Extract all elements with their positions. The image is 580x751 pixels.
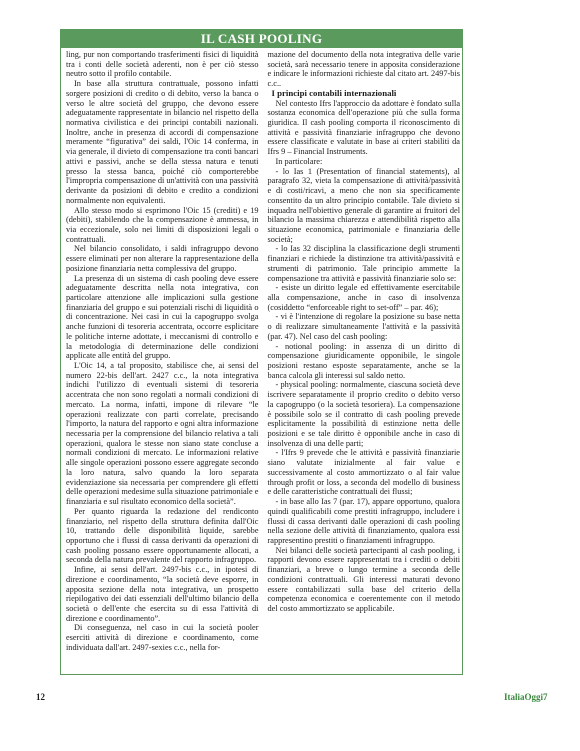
paragraph: - esiste un diritto legale ed effettivam…	[268, 283, 461, 312]
paragraph: L'Oic 14, a tal proposito, stabilisce ch…	[66, 361, 259, 507]
publication-logo: ItaliaOggi7	[504, 692, 548, 702]
paragraph: Nei bilanci delle società partecipanti a…	[268, 546, 461, 614]
paragraph: - in base allo Ias 7 (par. 17), appare o…	[268, 497, 461, 546]
text-column-left: ling, pur non comportando trasferimenti …	[66, 50, 259, 672]
paragraph: La presenza di un sistema di cash poolin…	[66, 274, 259, 361]
paragraph: - lo Ias 1 (Presentation of financial st…	[268, 167, 461, 245]
paragraph: Allo stesso modo si esprimono l'Oic 15 (…	[66, 206, 259, 245]
paragraph: mazione del documento della nota integra…	[268, 50, 461, 89]
paragraph: In base alla struttura contrattuale, pos…	[66, 79, 259, 205]
paragraph: Di conseguenza, nel caso in cui la socie…	[66, 623, 259, 652]
section-heading: I principi contabili internazionali	[268, 89, 461, 99]
paragraph: Nel bilancio consolidato, i saldi infrag…	[66, 244, 259, 273]
paragraph: - l'Ifrs 9 prevede che le attività e pas…	[268, 448, 461, 497]
text-column-right: mazione del documento della nota integra…	[268, 50, 461, 672]
paragraph: In particolare:	[268, 157, 461, 167]
paragraph: ling, pur non comportando trasferimenti …	[66, 50, 259, 79]
page-number: 12	[36, 692, 45, 702]
paragraph: - vi è l'intenzione di regolare la posiz…	[268, 312, 461, 341]
section-title: IL CASH POOLING	[60, 29, 463, 48]
paragraph: - physical pooling: normalmente, ciascun…	[268, 380, 461, 448]
paragraph: - lo Ias 32 disciplina la classificazion…	[268, 244, 461, 283]
paragraph: Nel contesto Ifrs l'approccio da adottar…	[268, 99, 461, 157]
paragraph: Infine, ai sensi dell'art. 2497-bis c.c.…	[66, 565, 259, 623]
article-body: ling, pur non comportando trasferimenti …	[66, 50, 460, 672]
paragraph: Per quanto riguarda la redazione del ren…	[66, 507, 259, 565]
paragraph: - notional pooling: in assenza di un dir…	[268, 342, 461, 381]
